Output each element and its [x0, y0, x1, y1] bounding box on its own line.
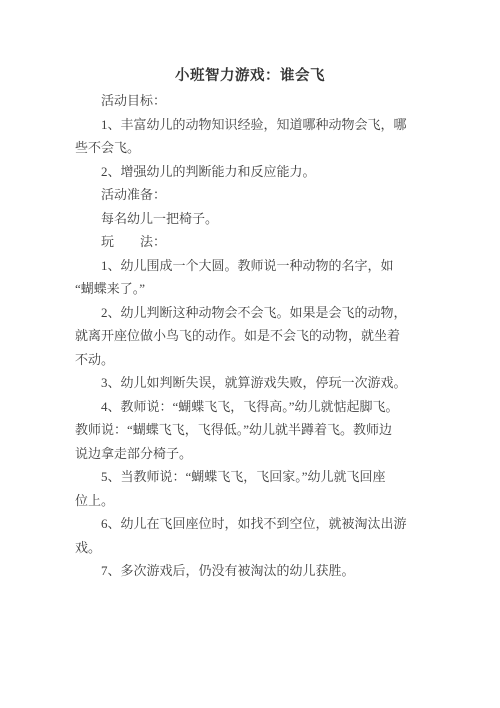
paragraph: 活动目标： — [75, 89, 435, 113]
paragraph: 2、幼儿判断这种动物会不会飞。如果是会飞的动物， 就离开座位做小鸟飞的动作。如是… — [75, 301, 435, 372]
paragraph: 4、教师说：“蝴蝶飞飞，飞得高。”幼儿就惦起脚飞。 教师说：“蝴蝶飞飞，飞得低。… — [75, 395, 435, 466]
document-body: 活动目标：1、丰富幼儿的动物知识经验，知道哪种动物会飞，哪 些不会飞。2、增强幼… — [75, 89, 435, 583]
paragraph: 每名幼儿一把椅子。 — [75, 207, 435, 231]
paragraph: 6、幼儿在飞回座位时，如找不到空位，就被淘汰出游 戏。 — [75, 512, 435, 559]
paragraph: 7、多次游戏后，仍没有被淘汰的幼儿获胜。 — [75, 559, 435, 583]
paragraph: 1、幼儿围成一个大圆。教师说一种动物的名字，如 “蝴蝶来了。” — [75, 254, 435, 301]
paragraph: 1、丰富幼儿的动物知识经验，知道哪种动物会飞，哪 些不会飞。 — [75, 113, 435, 160]
paragraph: 玩 法： — [75, 230, 435, 254]
paragraph: 活动准备： — [75, 183, 435, 207]
document-page: 小班智力游戏：谁会飞 活动目标：1、丰富幼儿的动物知识经验，知道哪种动物会飞，哪… — [0, 0, 500, 708]
paragraph: 5、当教师说：“蝴蝶飞飞，飞回家。”幼儿就飞回座 位上。 — [75, 465, 435, 512]
paragraph: 3、幼儿如判断失误，就算游戏失败，停玩一次游戏。 — [75, 371, 435, 395]
document-title: 小班智力游戏：谁会飞 — [0, 0, 500, 85]
paragraph: 2、增强幼儿的判断能力和反应能力。 — [75, 160, 435, 184]
